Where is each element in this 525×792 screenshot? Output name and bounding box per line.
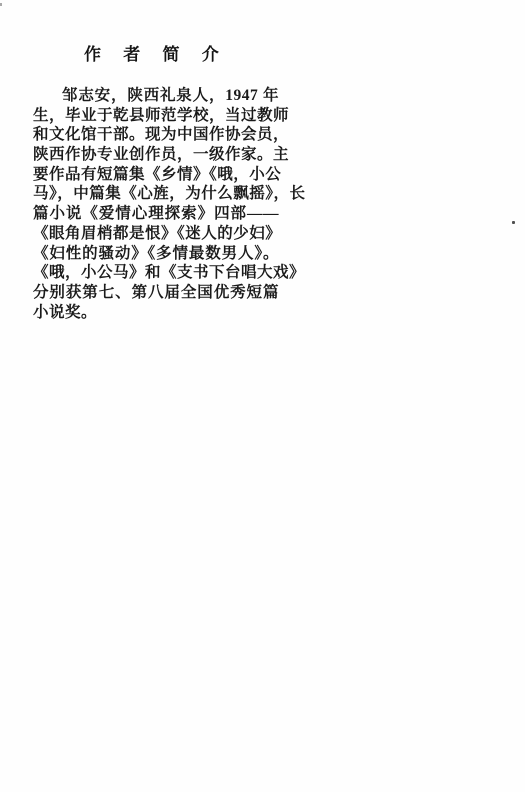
paragraph-line: 马》，中篇集《心旌，为什么飘摇》，长 [33, 184, 279, 204]
paragraph-line: 陕西作协专业创作员，一级作家。主 [33, 145, 279, 165]
paragraph-line: 《妇性的骚动》《多情最数男人》。 [33, 244, 279, 264]
paragraph-line: 小说奖。 [33, 303, 279, 323]
scan-speck [0, 3, 2, 6]
paragraph-line: 篇小说《爱情心理探索》四部—— [33, 204, 279, 224]
page-title: 作 者 简 介 [84, 40, 228, 65]
paragraph-line: 邹志安，陕西礼泉人，1947 年 [33, 86, 279, 106]
paragraph-line: 要作品有短篇集《乡情》《哦，小公 [33, 165, 279, 185]
paragraph-line: 生，毕业于乾县师范学校，当过教师 [33, 106, 279, 126]
scan-speck [512, 221, 515, 224]
scanned-book-page: 作 者 简 介 邹志安，陕西礼泉人，1947 年 生，毕业于乾县师范学校，当过教… [0, 0, 525, 792]
author-bio-paragraph: 邹志安，陕西礼泉人，1947 年 生，毕业于乾县师范学校，当过教师 和文化馆干部… [33, 86, 279, 322]
paragraph-line: 和文化馆干部。现为中国作协会员， [33, 125, 279, 145]
paragraph-line: 《哦，小公马》和《支书下台唱大戏》 [33, 263, 279, 283]
paragraph-line: 《眼角眉梢都是恨》《迷人的少妇》 [33, 224, 279, 244]
paragraph-line: 分别获第七、第八届全国优秀短篇 [33, 283, 279, 303]
